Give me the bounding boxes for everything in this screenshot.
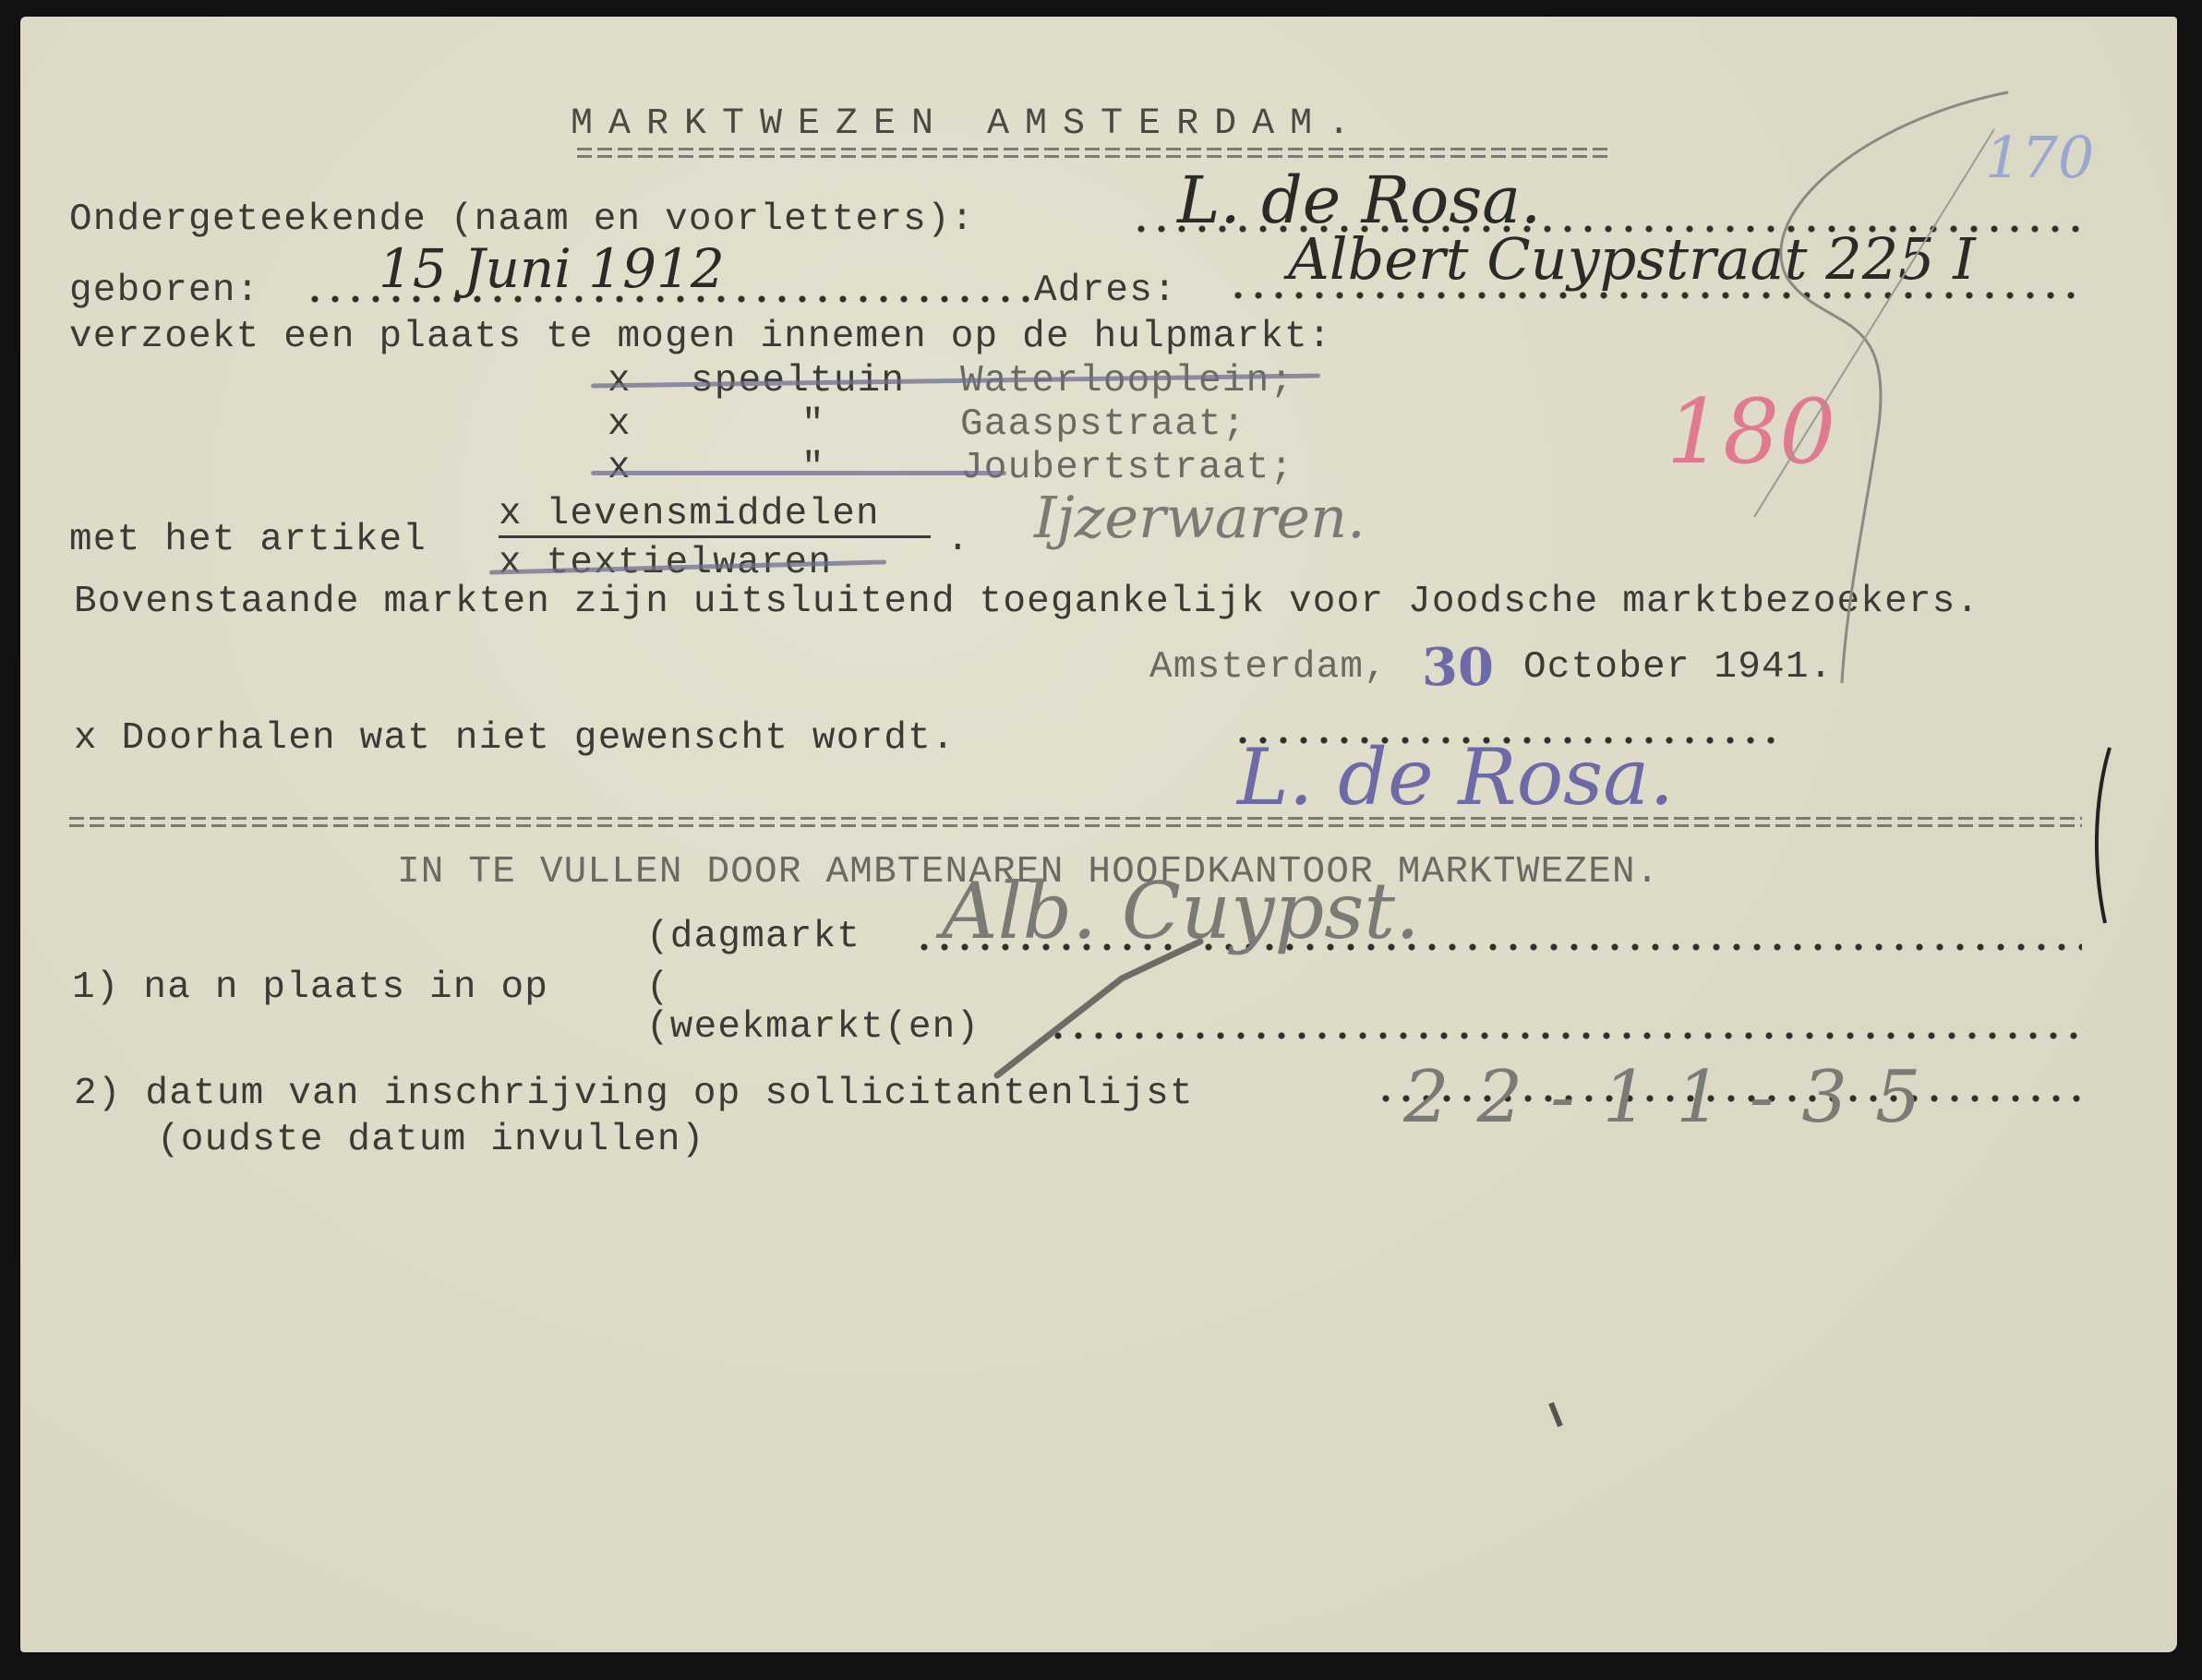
item2-label: 2) datum van inschrijving op sollicitant…	[74, 1075, 1194, 1113]
place-date-day: 30	[1422, 642, 1494, 693]
place-date-prefix: Amsterdam,	[1149, 649, 1388, 687]
born-value: 15 Juni 1912	[379, 242, 725, 295]
annotation-red-number: 180	[1667, 388, 1835, 476]
request-text: verzoekt een plaats te mogen innemen op …	[69, 318, 1332, 356]
strike-instruction: x Doorhalen wat niet gewenscht wordt.	[74, 720, 956, 758]
weekmarket-dots	[1048, 1032, 2082, 1039]
market-2-marker: x	[608, 406, 632, 444]
market-1-marker: x	[608, 363, 632, 401]
article-1: x levensmiddelen	[499, 496, 880, 534]
item2-value: 22-11-35	[1403, 1062, 1948, 1134]
born-label: geboren:	[69, 272, 259, 310]
article-handwritten: Ijzerwaren.	[1034, 489, 1366, 546]
daymarket-value: Alb. Cuypst.	[942, 872, 1420, 950]
article-period: .	[946, 522, 970, 559]
annotation-top-right: 170	[1985, 129, 2094, 186]
market-3-name: Joubertstraat;	[960, 450, 1294, 487]
market-3-marker: x	[608, 450, 632, 487]
place-date-rest: October 1941.	[1523, 649, 1833, 687]
document-title: MARKTWEZEN AMSTERDAM.	[571, 106, 1366, 143]
title-double-underline	[577, 148, 1611, 159]
address-value: Albert Cuypstraat 225 I	[1288, 231, 1976, 288]
applicant-signature: L. de Rosa.	[1237, 738, 1674, 816]
weekmarket-label: (weekmarkt(en)	[646, 1009, 980, 1047]
item2-sublabel: (oudste datum invullen)	[157, 1122, 705, 1159]
name-value: L. de Rosa.	[1177, 168, 1541, 233]
address-label: Adres:	[1034, 272, 1177, 310]
notice-text: Bovenstaande markten zijn uitsluitend to…	[74, 583, 1979, 621]
name-label: Ondergeteekende (naam en voorletters):	[69, 201, 975, 239]
market-3-strikethrough	[591, 471, 1006, 475]
article-1-underline	[499, 535, 931, 538]
market-2-name: Gaaspstraat;	[960, 406, 1246, 444]
daymarket-label: (dagmarkt	[646, 918, 860, 956]
article-label: met het artikel	[69, 522, 427, 559]
market-3-prefix: "	[801, 450, 825, 487]
item1-paren: (	[646, 969, 670, 1007]
market-2-prefix: "	[801, 406, 825, 444]
section-divider	[69, 817, 2082, 828]
address-field-dots	[1228, 292, 2082, 299]
item1-label: 1) na n plaats in op	[72, 969, 548, 1007]
